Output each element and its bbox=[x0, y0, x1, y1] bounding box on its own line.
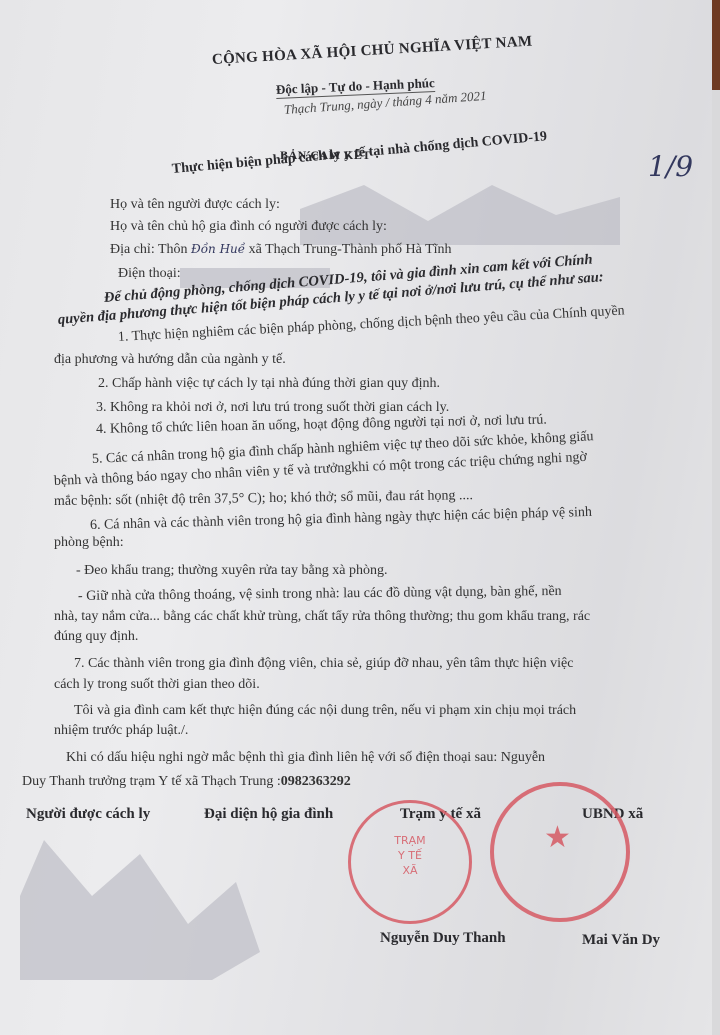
health-station-stamp: TRẠMY TẾXÃ bbox=[348, 800, 472, 924]
commitment-line-2: nhiệm trước pháp luật./. bbox=[54, 723, 188, 739]
signer-committee: Mai Văn Dy bbox=[582, 932, 660, 949]
item-6-bullet-1: - Đeo khẩu trang; thường xuyên rửa tay b… bbox=[76, 563, 387, 579]
address-handwritten: Đồn Huề bbox=[191, 242, 245, 256]
address-rest: xã Thạch Trung-Thành phố Hà Tĩnh bbox=[249, 242, 452, 257]
stamp-text: TRẠMY TẾXÃ bbox=[385, 833, 435, 878]
item-7-line-1: 7. Các thành viên trong gia đình động vi… bbox=[74, 656, 573, 672]
contact-line-1: Khi có dấu hiệu nghi ngờ mắc bệnh thì gi… bbox=[66, 750, 545, 766]
item-6-line-2: phòng bệnh: bbox=[54, 535, 124, 551]
commune-committee-stamp: ★ bbox=[490, 782, 630, 922]
address-label: Địa chỉ: Thôn bbox=[110, 242, 188, 257]
item-6-bullet-2-line-2: nhà, tay nắm cửa... bằng các chất khử tr… bbox=[54, 609, 590, 625]
commitment-line-1: Tôi và gia đình cam kết thực hiện đúng c… bbox=[74, 703, 576, 719]
star-emblem-icon: ★ bbox=[544, 820, 571, 855]
signature-label-isolated: Người được cách ly bbox=[26, 806, 150, 823]
signature-label-household: Đại diện hộ gia đình bbox=[204, 806, 333, 823]
field-household-head: Họ và tên chủ hộ gia đình có người được … bbox=[110, 219, 387, 235]
table-edge bbox=[712, 0, 720, 90]
contact-text: Duy Thanh trưởng trạm Y tế xã Thạch Trun… bbox=[22, 774, 281, 789]
contact-phone: 0982363292 bbox=[281, 774, 351, 789]
field-phone: Điện thoại: bbox=[118, 266, 181, 282]
field-isolated-person: Họ và tên người được cách ly: bbox=[110, 197, 280, 213]
field-address: Địa chỉ: Thôn Đồn Huề xã Thạch Trung-Thà… bbox=[110, 242, 452, 258]
contact-line-2: Duy Thanh trưởng trạm Y tế xã Thạch Trun… bbox=[22, 774, 351, 790]
item-3: 3. Không ra khỏi nơi ở, nơi lưu trú tron… bbox=[96, 400, 449, 416]
item-7-line-2: cách ly trong suốt thời gian theo dõi. bbox=[54, 677, 260, 693]
signer-health-station: Nguyễn Duy Thanh bbox=[380, 930, 506, 947]
item-6-bullet-2-line-3: đúng quy định. bbox=[54, 629, 138, 645]
corner-note: 1/9 bbox=[648, 150, 693, 183]
item-2: 2. Chấp hành việc tự cách ly tại nhà đún… bbox=[98, 376, 440, 392]
item-1-line-2: địa phương và hướng dẫn của ngành y tế. bbox=[54, 352, 286, 368]
